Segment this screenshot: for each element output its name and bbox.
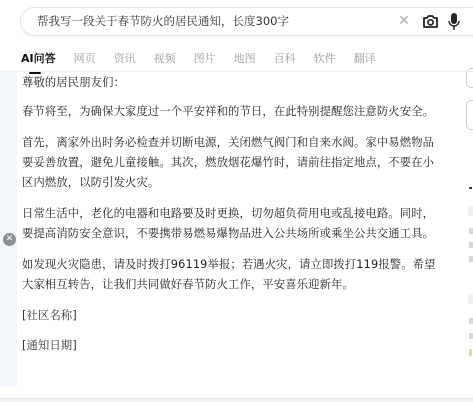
- tab-ai-qa[interactable]: AI问答: [21, 49, 56, 69]
- microphone-icon[interactable]: [448, 12, 460, 31]
- tab-maps[interactable]: 地图: [234, 49, 256, 69]
- answer-paragraph: 如发现火灾隐患，请及时拨打96119举报；若遇火灾，请立即拨打119报警。希望大…: [22, 255, 440, 295]
- right-panel-text: [469, 318, 473, 324]
- answer-paragraph: 首先，离家外出时务必检查并切断电源，关闭燃气阀门和自来水阀。家中易燃物品要妥善放…: [22, 133, 440, 193]
- right-panel-text: [469, 228, 473, 234]
- bottom-divider: [0, 398, 473, 402]
- close-icon[interactable]: ✕: [397, 14, 411, 28]
- search-tabs: AI问答 网页 资讯 视频 图片 地图 百科 软件 翻译: [21, 49, 394, 71]
- answer-paragraph: 春节将至，为确保大家度过一个平安祥和的节日，在此特别提醒您注意防火安全。: [22, 102, 440, 122]
- search-input[interactable]: 帮我写一段关于春节防火的居民通知，长度300字: [37, 8, 377, 35]
- right-panel-item: [468, 294, 473, 304]
- right-panel-text: [469, 333, 473, 339]
- tab-images[interactable]: 图片: [194, 49, 216, 69]
- left-panel: [0, 72, 17, 387]
- right-panel-button[interactable]: [466, 100, 473, 130]
- search-bar[interactable]: 帮我写一段关于春节防火的居民通知，长度300字 ✕: [20, 7, 473, 36]
- tab-encyclopedia[interactable]: 百科: [274, 49, 296, 69]
- ai-answer: 尊敬的居民朋友们： 春节将至，为确保大家度过一个平安祥和的节日，在此特别提醒您注…: [22, 72, 440, 366]
- right-panel-text: [469, 242, 473, 248]
- signature-placeholder: [社区名称]: [22, 306, 440, 326]
- tab-translate[interactable]: 翻译: [354, 49, 376, 69]
- tab-web[interactable]: 网页: [74, 49, 96, 69]
- tab-video[interactable]: 视频: [154, 49, 176, 69]
- right-panel-item: [468, 206, 473, 216]
- tab-software[interactable]: 软件: [314, 49, 336, 69]
- answer-paragraph: 日常生活中，老化的电器和电路要及时更换，切勿超负荷用电或乱接电路。同时，要提高消…: [22, 204, 440, 244]
- right-panel-highlight: [469, 349, 472, 356]
- greeting: 尊敬的居民朋友们：: [22, 73, 440, 93]
- camera-icon[interactable]: [422, 13, 439, 30]
- right-panel-text: [469, 256, 473, 262]
- page: 帮我写一段关于春节防火的居民通知，长度300字 ✕ AI问答 网页 资讯: [0, 0, 473, 402]
- date-placeholder: [通知日期]: [22, 336, 440, 356]
- tab-news[interactable]: 资讯: [114, 49, 136, 69]
- right-panel-button[interactable]: [466, 68, 473, 88]
- close-circle-icon[interactable]: ✕: [3, 233, 16, 246]
- right-panel-marker: [469, 187, 472, 189]
